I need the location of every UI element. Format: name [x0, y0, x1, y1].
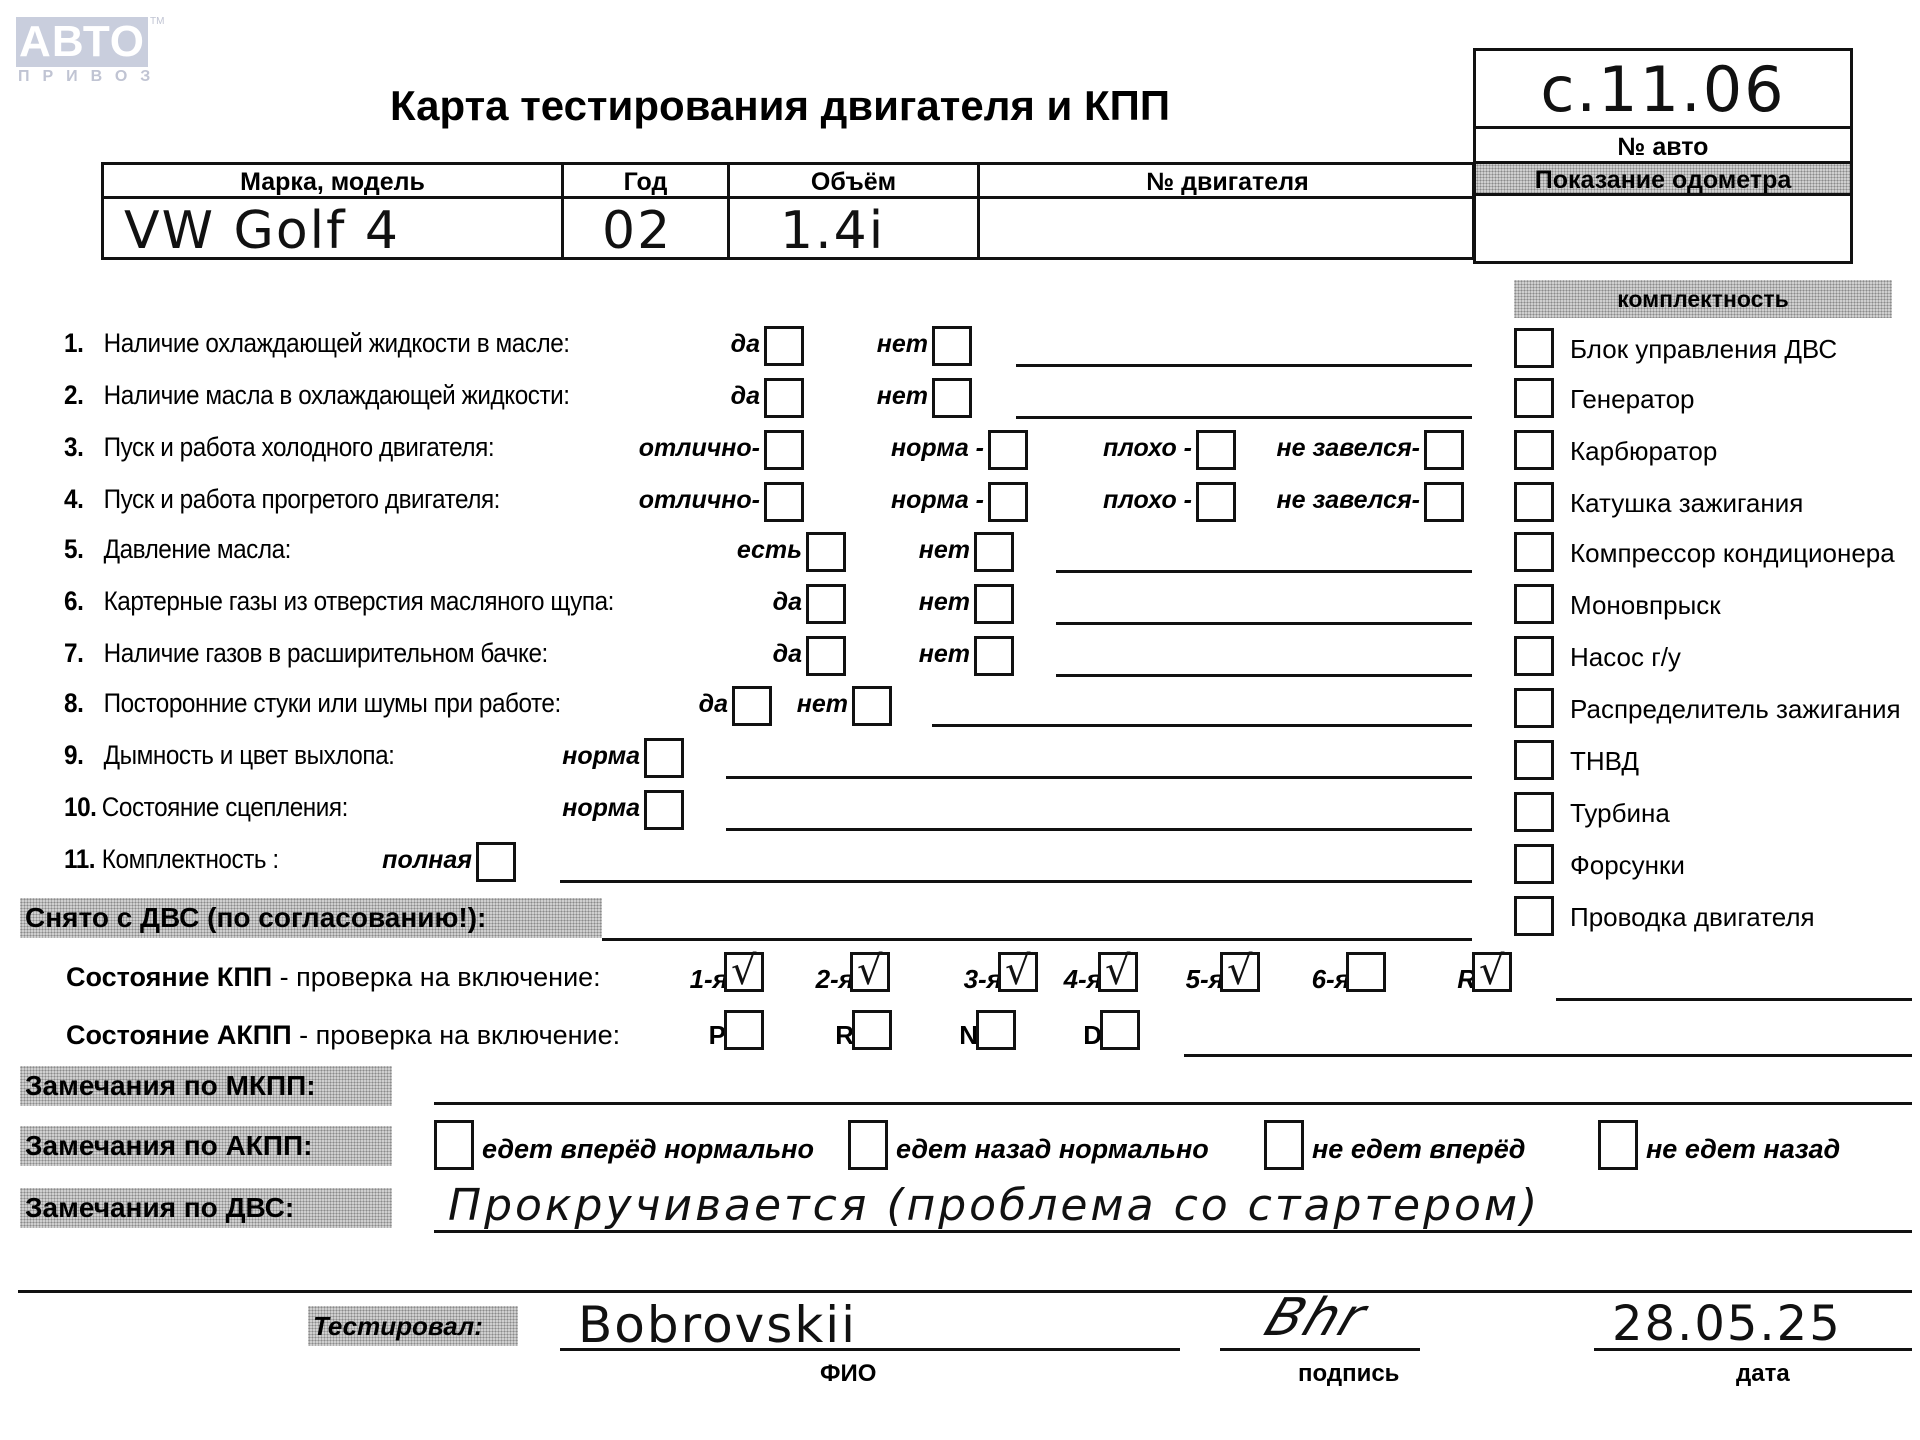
checklist-row: 1.Наличие охлаждающей жидкости в масле: — [64, 328, 570, 359]
auto-gearbox-label-bold: Состояние АКПП — [66, 1020, 292, 1050]
auto-number-box: c.11.06 № авто Показание одометра — [1473, 48, 1853, 264]
auto-mode-checkbox[interactable] — [724, 1010, 764, 1050]
signature-line — [1220, 1348, 1420, 1351]
option-label: норма - — [891, 486, 984, 515]
completeness-header: комплектность — [1514, 280, 1892, 318]
option-checkbox[interactable] — [1196, 430, 1236, 470]
question-text: Посторонние стуки или шумы при работе: — [104, 688, 561, 718]
vehicle-table: Марка, модель VW Golf 4 Год 02 Объём 1.4… — [101, 162, 1475, 260]
option-checkbox[interactable] — [732, 686, 772, 726]
auto-mode-checkbox[interactable] — [1100, 1010, 1140, 1050]
gear-label: 5-я — [1186, 964, 1224, 995]
manual-gearbox-note-line[interactable] — [1556, 998, 1912, 1001]
option-label: нет — [919, 640, 970, 669]
date-line — [1594, 1348, 1912, 1351]
logo-trademark: TM — [150, 16, 164, 27]
gear-checkbox[interactable]: √ — [1472, 952, 1512, 992]
volume-cell: Объём 1.4i — [730, 165, 980, 257]
option-checkbox[interactable] — [806, 636, 846, 676]
question-number: 1. — [64, 328, 104, 359]
tested-by-label: Тестировал: — [308, 1306, 518, 1346]
checklist-row: 3.Пуск и работа холодного двигателя: — [64, 432, 494, 463]
completeness-checkbox[interactable] — [1514, 328, 1554, 368]
option-checkbox[interactable] — [644, 738, 684, 778]
option-checkbox[interactable] — [974, 532, 1014, 572]
option-label: норма — [562, 742, 640, 771]
checklist-row: 5.Давление масла: — [64, 534, 291, 565]
completeness-item-label: Моновпрыск — [1570, 590, 1721, 621]
checklist-row: 7.Наличие газов в расширительном бачке: — [64, 638, 548, 669]
volume-header: Объём — [730, 165, 977, 199]
completeness-checkbox[interactable] — [1514, 532, 1554, 572]
completeness-checkbox[interactable] — [1514, 378, 1554, 418]
option-checkbox[interactable] — [1424, 482, 1464, 522]
option-checkbox[interactable] — [988, 482, 1028, 522]
question-text: Комплектность : — [102, 844, 279, 874]
question-number: 3. — [64, 432, 104, 463]
year-cell: Год 02 — [564, 165, 730, 257]
question-note-line[interactable] — [1016, 416, 1472, 419]
completeness-item-label: Блок управления ДВС — [1570, 334, 1837, 365]
akpp-option-label: едет вперёд нормально — [482, 1134, 814, 1165]
completeness-item-label: ТНВД — [1570, 746, 1639, 777]
completeness-checkbox[interactable] — [1514, 482, 1554, 522]
gear-label: 3-я — [964, 964, 1002, 995]
completeness-item-label: Распределитель зажигания — [1570, 694, 1901, 725]
option-label: нет — [797, 690, 848, 719]
completeness-item-label: Карбюратор — [1570, 436, 1717, 467]
tester-name[interactable]: Bobrovskii — [578, 1296, 857, 1354]
make-model-header: Марка, модель — [104, 165, 561, 199]
completeness-checkbox[interactable] — [1514, 792, 1554, 832]
question-note-line[interactable] — [1056, 674, 1472, 677]
checklist-row: 2.Наличие масла в охлаждающей жидкости: — [64, 380, 570, 411]
auto-gearbox-label-rest: - проверка на включение: — [292, 1020, 621, 1050]
question-note-line[interactable] — [726, 776, 1472, 779]
question-number: 2. — [64, 380, 104, 411]
question-note-line[interactable] — [1016, 364, 1472, 367]
option-label: да — [731, 382, 760, 411]
checklist-row: 10.Состояние сцепления: — [64, 792, 348, 823]
option-label: нет — [877, 330, 928, 359]
logo: АВТО — [16, 17, 148, 67]
question-number: 5. — [64, 534, 104, 565]
option-checkbox[interactable] — [644, 790, 684, 830]
question-text: Наличие газов в расширительном бачке: — [104, 638, 548, 668]
question-number: 7. — [64, 638, 104, 669]
completeness-checkbox[interactable] — [1514, 430, 1554, 470]
question-text: Пуск и работа холодного двигателя: — [104, 432, 495, 462]
question-text: Дымность и цвет выхлопа: — [104, 740, 395, 770]
removed-line[interactable] — [602, 938, 1472, 941]
gear-checkbox[interactable]: √ — [1220, 952, 1260, 992]
footer-divider — [18, 1290, 1912, 1293]
question-note-line[interactable] — [1056, 622, 1472, 625]
gear-label: 2-я — [816, 964, 854, 995]
gear-checkbox[interactable] — [1346, 952, 1386, 992]
option-label: полная — [382, 846, 472, 875]
volume-value[interactable]: 1.4i — [780, 205, 885, 257]
option-label: нет — [877, 382, 928, 411]
akpp-option-checkbox[interactable] — [1264, 1120, 1304, 1170]
checklist-row: 4.Пуск и работа прогретого двигателя: — [64, 484, 500, 515]
completeness-item-label: Турбина — [1570, 798, 1670, 829]
option-label: плохо - — [1103, 486, 1192, 515]
gear-checkbox[interactable]: √ — [1098, 952, 1138, 992]
make-model-cell: Марка, модель VW Golf 4 — [104, 165, 564, 257]
option-checkbox[interactable] — [988, 430, 1028, 470]
question-number: 9. — [64, 740, 104, 771]
akpp-option-label: не едет назад — [1646, 1134, 1840, 1165]
completeness-checkbox[interactable] — [1514, 896, 1554, 936]
option-label: отлично- — [639, 486, 760, 515]
option-label: норма — [562, 794, 640, 823]
mkpp-remarks-line[interactable] — [434, 1102, 1912, 1105]
completeness-checkbox[interactable] — [1514, 636, 1554, 676]
question-text: Наличие масла в охлаждающей жидкости: — [104, 380, 570, 410]
check-mark-icon: √ — [1005, 951, 1031, 991]
page-title: Карта тестирования двигателя и КПП — [390, 82, 1170, 130]
option-label: есть — [737, 536, 802, 565]
option-checkbox[interactable] — [852, 686, 892, 726]
akpp-option-checkbox[interactable] — [434, 1120, 474, 1170]
option-label: плохо - — [1103, 434, 1192, 463]
option-label: нет — [919, 588, 970, 617]
question-note-line[interactable] — [1056, 570, 1472, 573]
completeness-item-label: Проводка двигателя — [1570, 902, 1815, 933]
removed-label: Снято с ДВС (по согласованию!): — [20, 898, 602, 938]
gear-checkbox[interactable]: √ — [998, 952, 1038, 992]
check-mark-icon: √ — [1105, 951, 1131, 991]
test-date[interactable]: 28.05.25 — [1612, 1296, 1842, 1352]
logo-subtitle: ПРИВОЗ — [18, 68, 163, 86]
option-checkbox[interactable] — [764, 430, 804, 470]
option-label: отлично- — [639, 434, 760, 463]
check-mark-icon: √ — [1479, 951, 1505, 991]
dvs-remarks-label: Замечания по ДВС: — [20, 1188, 392, 1228]
auto-number-label: № авто — [1476, 129, 1850, 164]
option-label: да — [773, 588, 802, 617]
check-mark-icon: √ — [731, 951, 757, 991]
check-mark-icon: √ — [857, 951, 883, 991]
completeness-item-label: Компрессор кондиционера — [1570, 538, 1895, 569]
question-number: 8. — [64, 688, 104, 719]
completeness-item-label: Форсунки — [1570, 850, 1685, 881]
auto-gearbox-label: Состояние АКПП - проверка на включение: — [66, 1020, 620, 1051]
akpp-option-checkbox[interactable] — [1598, 1120, 1638, 1170]
gear-checkbox[interactable]: √ — [850, 952, 890, 992]
dvs-remarks-line — [434, 1230, 1912, 1233]
option-checkbox[interactable] — [1424, 430, 1464, 470]
completeness-checkbox[interactable] — [1514, 740, 1554, 780]
checklist-row: 6.Картерные газы из отверстия масляного … — [64, 586, 614, 617]
option-checkbox[interactable] — [476, 842, 516, 882]
manual-gearbox-label-rest: - проверка на включение: — [272, 962, 601, 992]
option-checkbox[interactable] — [764, 326, 804, 366]
akpp-option-label: едет назад нормально — [896, 1134, 1209, 1165]
name-caption: ФИО — [820, 1360, 876, 1388]
date-caption: дата — [1736, 1360, 1790, 1388]
year-value[interactable]: 02 — [602, 205, 672, 257]
option-checkbox[interactable] — [932, 378, 972, 418]
engine-number-cell: № двигателя — [980, 165, 1475, 257]
option-label: нет — [919, 536, 970, 565]
option-label: да — [773, 640, 802, 669]
completeness-checkbox[interactable] — [1514, 688, 1554, 728]
checklist-row: 9.Дымность и цвет выхлопа: — [64, 740, 394, 771]
make-model-value[interactable]: VW Golf 4 — [124, 205, 400, 257]
gear-label: 6-я — [1312, 964, 1350, 995]
question-note-line[interactable] — [726, 828, 1472, 831]
gear-checkbox[interactable]: √ — [724, 952, 764, 992]
question-number: 6. — [64, 586, 104, 617]
option-checkbox[interactable] — [932, 326, 972, 366]
option-checkbox[interactable] — [974, 584, 1014, 624]
completeness-checkbox[interactable] — [1514, 584, 1554, 624]
question-note-line[interactable] — [560, 880, 1472, 883]
question-text: Картерные газы из отверстия масляного щу… — [104, 586, 614, 616]
question-text: Пуск и работа прогретого двигателя: — [104, 484, 500, 514]
option-checkbox[interactable] — [764, 482, 804, 522]
question-text: Наличие охлаждающей жидкости в масле: — [104, 328, 570, 358]
completeness-item-label: Насос г/у — [1570, 642, 1681, 673]
option-checkbox[interactable] — [806, 584, 846, 624]
question-note-line[interactable] — [932, 724, 1472, 727]
check-mark-icon: √ — [1227, 951, 1253, 991]
auto-gearbox-note-line[interactable] — [1184, 1054, 1912, 1057]
completeness-item-label: Генератор — [1570, 384, 1695, 415]
checklist-row: 11.Комплектность : — [64, 844, 279, 875]
option-checkbox[interactable] — [974, 636, 1014, 676]
completeness-item-label: Катушка зажигания — [1570, 488, 1803, 519]
completeness-checkbox[interactable] — [1514, 844, 1554, 884]
option-label: да — [699, 690, 728, 719]
auto-mode-checkbox[interactable] — [852, 1010, 892, 1050]
tester-name-line — [560, 1348, 1180, 1351]
odometer-label: Показание одометра — [1476, 164, 1850, 196]
mkpp-remarks-label: Замечания по МКПП: — [20, 1066, 392, 1106]
option-checkbox[interactable] — [764, 378, 804, 418]
option-label: да — [731, 330, 760, 359]
akpp-option-label: не едет вперёд — [1312, 1134, 1525, 1165]
question-number: 10. — [64, 792, 102, 823]
signature-caption: подпись — [1298, 1360, 1399, 1388]
gear-label: 1-я — [690, 964, 728, 995]
auto-mode-checkbox[interactable] — [976, 1010, 1016, 1050]
question-text: Состояние сцепления: — [102, 792, 348, 822]
akpp-option-checkbox[interactable] — [848, 1120, 888, 1170]
option-label: не завелся- — [1277, 486, 1420, 515]
question-text: Давление масла: — [104, 534, 291, 564]
akpp-remarks-label: Замечания по АКПП: — [20, 1126, 392, 1166]
option-checkbox[interactable] — [806, 532, 846, 572]
dvs-remarks-value[interactable]: Прокручивается (проблема со стартером) — [448, 1180, 1540, 1231]
question-number: 11. — [64, 844, 102, 875]
signature[interactable]: Bhr — [1257, 1288, 1375, 1348]
gear-label: 4-я — [1064, 964, 1102, 995]
option-checkbox[interactable] — [1196, 482, 1236, 522]
checklist-row: 8.Посторонние стуки или шумы при работе: — [64, 688, 561, 719]
option-label: не завелся- — [1277, 434, 1420, 463]
option-label: норма - — [891, 434, 984, 463]
engine-number-header: № двигателя — [980, 165, 1475, 199]
manual-gearbox-label-bold: Состояние КПП — [66, 962, 272, 992]
manual-gearbox-label: Состояние КПП - проверка на включение: — [66, 962, 601, 993]
auto-number-value[interactable]: c.11.06 — [1476, 51, 1850, 129]
question-number: 4. — [64, 484, 104, 515]
year-header: Год — [564, 165, 727, 199]
